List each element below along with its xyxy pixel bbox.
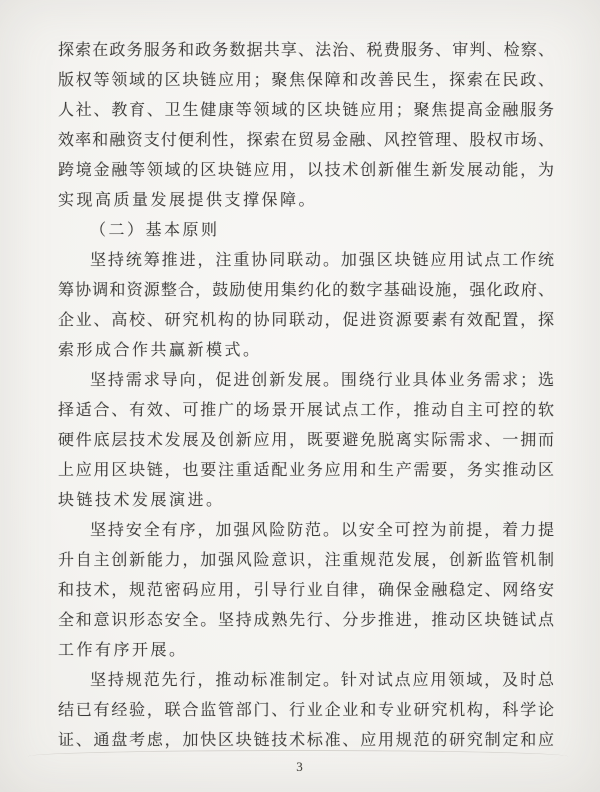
text-line: 结已有经验，联合监管部门、行业企业和专业研究机构，科学论 [58,696,554,726]
text-line: 择适合、有效、可推广的场景开展试点工作，推动自主可控的软 [58,396,554,426]
text-line: 上应用区块链，也要注重适配业务应用和生产需要，务实推动区 [58,456,554,486]
text-line: 实现高质量发展提供支撑保障。 [58,186,554,216]
section-heading: （二）基本原则 [58,216,554,246]
text-line: 坚持统筹推进，注重协同联动。加强区块链应用试点工作统 [58,246,554,276]
text-line: 坚持安全有序，加强风险防范。以安全可控为前提，着力提 [58,516,554,546]
text-line: 探索在政务服务和政务数据共享、法治、税费服务、审判、检察、 [58,36,554,66]
page-number: 3 [0,756,600,778]
text-line: 坚持需求导向，促进创新发展。围绕行业具体业务需求；选 [58,366,554,396]
text-line: 坚持规范先行，推动标准制定。针对试点应用领域，及时总 [58,666,554,696]
text-line: 版权等领域的区块链应用；聚焦保障和改善民生，探索在民政、 [58,66,554,96]
text-line: 升自主创新能力，加强风险意识，注重规范发展，创新监管机制 [58,546,554,576]
text-line: 工作有序开展。 [58,636,554,666]
text-line: 证、通盘考虑，加快区块链技术标准、应用规范的研究制定和应 [58,726,554,756]
text-line: 效率和融资支付便利性，探索在贸易金融、风控管理、股权市场、 [58,126,554,156]
text-line: 块链技术发展演进。 [58,486,554,516]
scanned-document-page: { "page": { "number": "3", "background_c… [0,0,600,792]
text-line: 全和意识形态安全。坚持成熟先行、分步推进，推动区块链试点 [58,606,554,636]
document-body: 探索在政务服务和政务数据共享、法治、税费服务、审判、检察、 版权等领域的区块链应… [58,36,554,756]
text-line: 硬件底层技术发展及创新应用，既要避免脱离实际需求、一拥而 [58,426,554,456]
text-line: 索形成合作共赢新模式。 [58,336,554,366]
text-line: 和技术，规范密码应用，引导行业自律，确保金融稳定、网络安 [58,576,554,606]
text-line: 企业、高校、研究机构的协同联动，促进资源要素有效配置，探 [58,306,554,336]
text-line: 人社、教育、卫生健康等领域的区块链应用；聚焦提高金融服务 [58,96,554,126]
text-line: 筹协调和资源整合，鼓励使用集约化的数字基础设施，强化政府、 [58,276,554,306]
text-line: 跨境金融等领域的区块链应用，以技术创新催生新发展动能，为 [58,156,554,186]
